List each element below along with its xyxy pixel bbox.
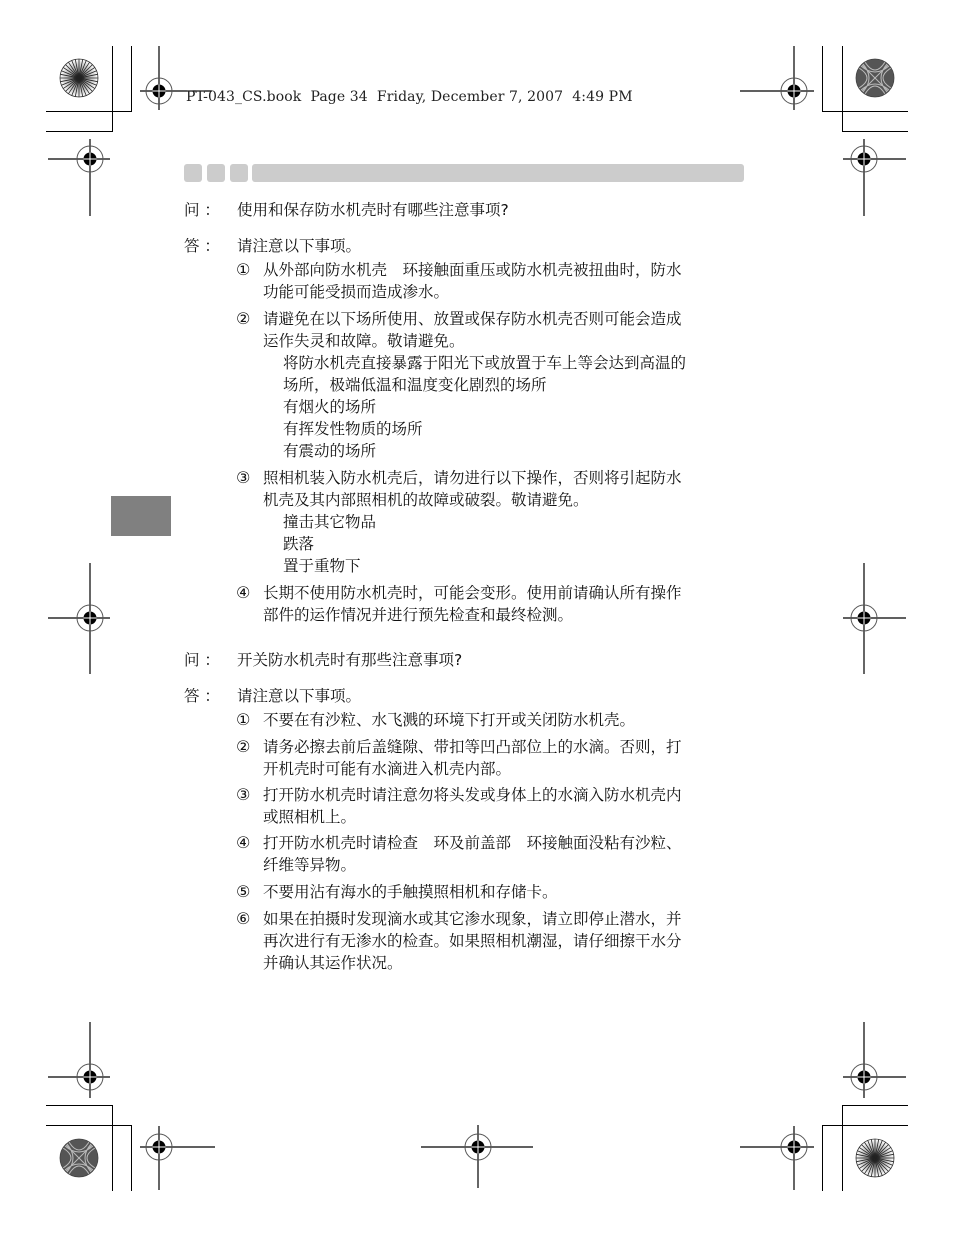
item-number: ③	[236, 467, 250, 489]
item-line: 并确认其运作状况。	[263, 952, 682, 974]
item-line: 再次进行有无渗水的检查。如果照相机潮湿，请仔细擦干水分	[263, 930, 682, 952]
item-text: 不要用沾有海水的手触摸照相机和存储卡。	[263, 881, 558, 903]
item-number: ①	[236, 259, 250, 281]
item-text: 从外部向防水机壳 环接触面重压或防水机壳被扭曲时，防水 功能可能受损而造成渗水。	[263, 259, 682, 303]
item-line: 部件的运作情况并进行预先检查和最终检测。	[263, 604, 682, 626]
sub-item: 有挥发性物质的场所	[283, 418, 686, 440]
item-line: 不要用沾有海水的手触摸照相机和存储卡。	[263, 881, 558, 903]
header-square	[230, 164, 248, 182]
color-starburst-icon	[856, 1139, 894, 1177]
item-line: 如果在拍摄时发现滴水或其它渗水现象，请立即停止潜水，并	[263, 908, 682, 930]
item-line: 功能可能受损而造成渗水。	[263, 281, 682, 303]
item-line: 纤维等异物。	[263, 854, 682, 876]
item-text: 不要在有沙粒、水飞溅的环境下打开或关闭防水机壳。	[263, 709, 635, 731]
item-number: ③	[236, 784, 250, 806]
sub-item: 置于重物下	[283, 555, 376, 577]
item-text: 请避免在以下场所使用、放置或保存防水机壳否则可能会造成 运作失灵和故障。敬请避免…	[263, 308, 682, 352]
item-text: 打开防水机壳时请检查 环及前盖部 环接触面没粘有沙粒、 纤维等异物。	[263, 832, 682, 876]
item-number: ②	[236, 736, 250, 758]
item-line: 机壳及其内部照相机的故障或破裂。敬请避免。	[263, 489, 682, 511]
sub-list: 将防水机壳直接暴露于阳光下或放置于车上等会达到高温的 场所，极端低温和温度变化剧…	[283, 352, 686, 462]
item-line: 开机壳时可能有水滴进入机壳内部。	[263, 758, 682, 780]
item-line: 请务必擦去前后盖缝隙、带扣等凹凸部位上的水滴。否则，打	[263, 736, 682, 758]
sub-item: 有烟火的场所	[283, 396, 686, 418]
item-line: 照相机装入防水机壳后，请勿进行以下操作，否则将引起防水	[263, 467, 682, 489]
item-line: 或照相机上。	[263, 806, 682, 828]
item-line: 运作失灵和故障。敬请避免。	[263, 330, 682, 352]
item-line: 从外部向防水机壳 环接触面重压或防水机壳被扭曲时，防水	[263, 259, 682, 281]
item-line: 打开防水机壳时请注意勿将头发或身体上的水滴入防水机壳内	[263, 784, 682, 806]
sub-item: 跌落	[283, 533, 376, 555]
item-line: 不要在有沙粒、水飞溅的环境下打开或关闭防水机壳。	[263, 709, 635, 731]
item-number: ②	[236, 308, 250, 330]
item-number: ④	[236, 582, 250, 604]
item-text: 请务必擦去前后盖缝隙、带扣等凹凸部位上的水滴。否则，打 开机壳时可能有水滴进入机…	[263, 736, 682, 780]
header-square	[207, 164, 225, 182]
sub-item: 撞击其它物品	[283, 511, 376, 533]
answer-intro: 请注意以下事项。	[237, 685, 361, 707]
question-text: 使用和保存防水机壳时有哪些注意事项?	[237, 199, 509, 221]
question-label: 问 ：	[184, 199, 220, 221]
header-bar	[252, 164, 744, 182]
moire-patch-icon	[60, 1139, 98, 1177]
item-line: 长期不使用防水机壳时，可能会变形。使用前请确认所有操作	[263, 582, 682, 604]
item-line: 请避免在以下场所使用、放置或保存防水机壳否则可能会造成	[263, 308, 682, 330]
item-text: 打开防水机壳时请注意勿将头发或身体上的水滴入防水机壳内 或照相机上。	[263, 784, 682, 828]
question-text: 开关防水机壳时有那些注意事项?	[237, 649, 462, 671]
question-label: 问 ：	[184, 649, 220, 671]
sub-item: 有震动的场所	[283, 440, 686, 462]
item-number: ⑤	[236, 881, 250, 903]
answer-label: 答 ：	[184, 235, 220, 257]
sub-item: 场所，极端低温和温度变化剧烈的场所	[283, 374, 686, 396]
sub-list: 撞击其它物品 跌落 置于重物下	[283, 511, 376, 577]
sub-item: 将防水机壳直接暴露于阳光下或放置于车上等会达到高温的	[283, 352, 686, 374]
item-number: ④	[236, 832, 250, 854]
moire-patch-icon	[856, 59, 894, 97]
answer-label: 答 ：	[184, 685, 220, 707]
color-starburst-icon	[60, 59, 98, 97]
item-text: 照相机装入防水机壳后，请勿进行以下操作，否则将引起防水 机壳及其内部照相机的故障…	[263, 467, 682, 511]
item-number: ①	[236, 709, 250, 731]
header-square	[184, 164, 202, 182]
chapter-thumb-tab	[111, 496, 171, 536]
item-line: 打开防水机壳时请检查 环及前盖部 环接触面没粘有沙粒、	[263, 832, 682, 854]
print-slug-line: PT-043_CS.book Page 34 Friday, December …	[186, 89, 633, 105]
item-text: 长期不使用防水机壳时，可能会变形。使用前请确认所有操作 部件的运作情况并进行预先…	[263, 582, 682, 626]
item-text: 如果在拍摄时发现滴水或其它渗水现象，请立即停止潜水，并 再次进行有无渗水的检查。…	[263, 908, 682, 974]
item-number: ⑥	[236, 908, 250, 930]
answer-intro: 请注意以下事项。	[237, 235, 361, 257]
